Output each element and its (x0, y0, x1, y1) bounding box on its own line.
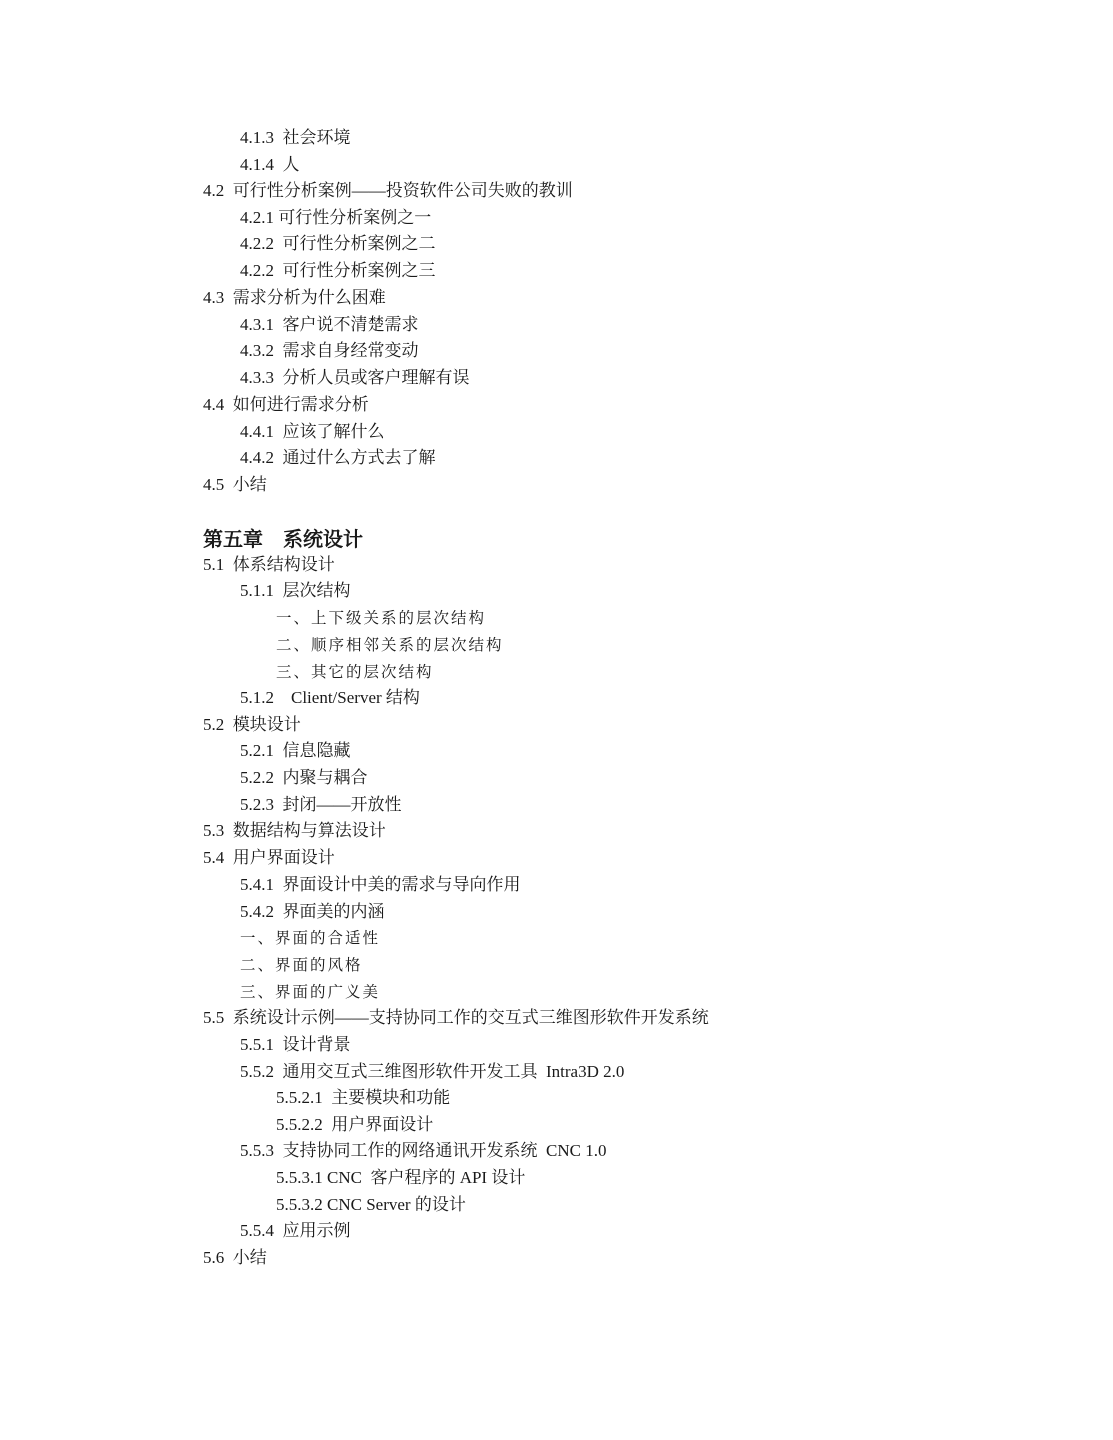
toc-entry: 5.5.3.1 CNC 客户程序的 API 设计 (276, 1168, 525, 1188)
toc-entry: 5.2.3 封闭——开放性 (240, 795, 402, 815)
toc-entry: 二、顺序相邻关系的层次结构 (276, 635, 504, 655)
toc-entry: 三、其它的层次结构 (276, 662, 434, 682)
toc-entry: 4.3.1 客户说不清楚需求 (240, 315, 419, 335)
document-page: 4.1.3 社会环境4.1.4 人4.2 可行性分析案例——投资软件公司失败的教… (0, 0, 1113, 1440)
toc-entry: 5.5.4 应用示例 (240, 1221, 351, 1241)
toc-entry: 二、界面的风格 (240, 955, 363, 975)
toc-entry: 5.4.1 界面设计中美的需求与导向作用 (240, 875, 521, 895)
toc-entry: 5.4 用户界面设计 (203, 848, 335, 868)
toc-entry: 4.3.3 分析人员或客户理解有误 (240, 368, 470, 388)
toc-entry: 5.5 系统设计示例——支持协同工作的交互式三维图形软件开发系统 (203, 1008, 709, 1028)
toc-entry: 4.4 如何进行需求分析 (203, 395, 369, 415)
toc-entry: 5.2.2 内聚与耦合 (240, 768, 368, 788)
toc-entry: 5.3 数据结构与算法设计 (203, 821, 386, 841)
toc-entry: 5.6 小结 (203, 1248, 267, 1268)
toc-entry: 5.1 体系结构设计 (203, 555, 335, 575)
toc-entry: 4.5 小结 (203, 475, 267, 495)
toc-entry: 一、界面的合适性 (240, 928, 380, 948)
toc-entry: 4.4.2 通过什么方式去了解 (240, 448, 436, 468)
toc-entry: 5.5.2.2 用户界面设计 (276, 1115, 433, 1135)
toc-entry: 4.1.3 社会环境 (240, 128, 351, 148)
toc-entry: 4.2.2 可行性分析案例之二 (240, 234, 436, 254)
toc-entry: 5.5.2.1 主要模块和功能 (276, 1088, 450, 1108)
toc-entry: 4.3.2 需求自身经常变动 (240, 341, 419, 361)
toc-entry: 4.1.4 人 (240, 155, 300, 175)
toc-entry: 5.1.2 Client/Server 结构 (240, 688, 420, 708)
toc-entry: 4.2.2 可行性分析案例之三 (240, 261, 436, 281)
toc-entry: 5.4.2 界面美的内涵 (240, 902, 385, 922)
toc-entry: 4.3 需求分析为什么困难 (203, 288, 386, 308)
toc-entry: 5.5.1 设计背景 (240, 1035, 351, 1055)
toc-entry: 5.1.1 层次结构 (240, 581, 351, 601)
toc-entry: 4.2.1 可行性分析案例之一 (240, 208, 431, 228)
chapter-heading: 第五章 系统设计 (203, 528, 363, 552)
toc-entry: 5.5.3 支持协同工作的网络通讯开发系统 CNC 1.0 (240, 1141, 606, 1161)
toc-entry: 三、界面的广义美 (240, 982, 380, 1002)
toc-entry: 5.5.2 通用交互式三维图形软件开发工具 Intra3D 2.0 (240, 1062, 624, 1082)
toc-entry: 5.2.1 信息隐藏 (240, 741, 351, 761)
toc-entry: 一、上下级关系的层次结构 (276, 608, 486, 628)
toc-entry: 4.4.1 应该了解什么 (240, 422, 385, 442)
toc-entry: 5.5.3.2 CNC Server 的设计 (276, 1195, 466, 1215)
toc-entry: 4.2 可行性分析案例——投资软件公司失败的教训 (203, 181, 573, 201)
toc-entry: 5.2 模块设计 (203, 715, 301, 735)
